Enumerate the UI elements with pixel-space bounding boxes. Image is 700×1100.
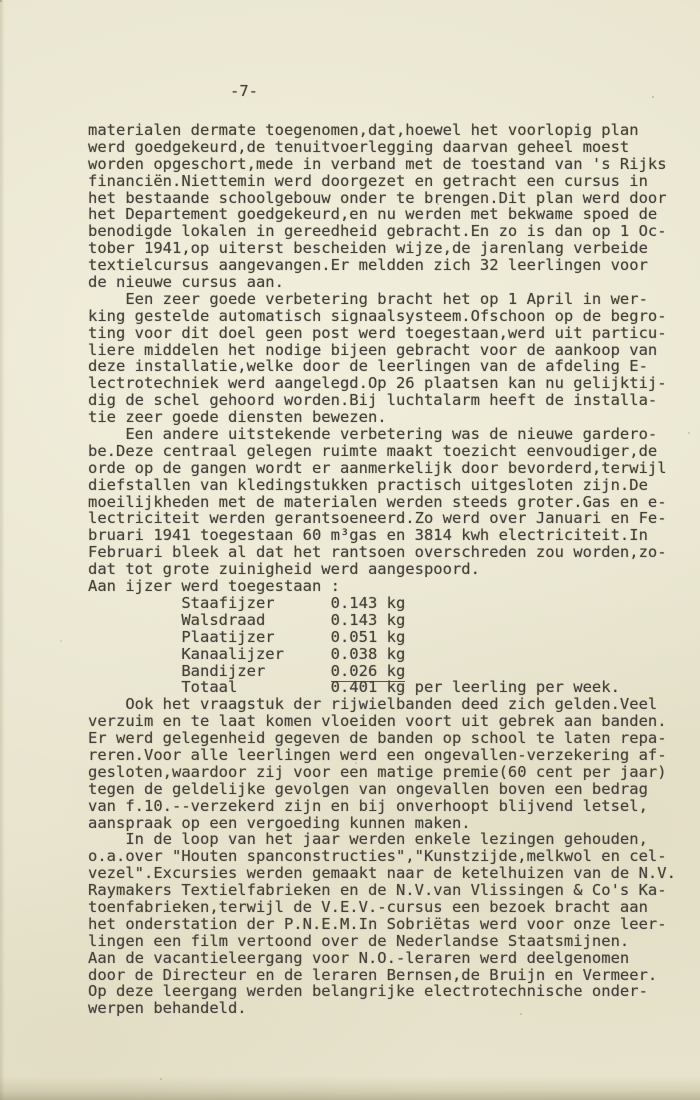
text-line: lingen een film vertoond over de Nederla… xyxy=(88,933,676,950)
text-line: worden opgeschort,mede in verband met de… xyxy=(88,156,676,173)
text-line: verzuim en te laat komen vloeiden voort … xyxy=(88,713,676,730)
text-line: reren.Voor alle leerlingen werd een onge… xyxy=(88,747,676,764)
text-line: aanspraak op een vergoeding kunnen maken… xyxy=(88,815,676,832)
text-line: Totaal 0.401 kg per leerling per week. xyxy=(88,679,676,696)
scanned-page: -7- materialen dermate toegenomen,dat,ho… xyxy=(0,0,700,1100)
text-line: deze installatie,welke door de leerlinge… xyxy=(88,358,676,375)
text-line: financiën.Niettemin werd doorgezet en ge… xyxy=(88,173,676,190)
text-line: Er werd gelegenheid gegeven de banden op… xyxy=(88,730,676,747)
text-line: gesloten,waardoor zij voor een matige pr… xyxy=(88,764,676,781)
text-line: king gestelde automatisch signaalsysteem… xyxy=(88,308,676,325)
paper-speck-noise xyxy=(0,0,2,2)
text-line: materialen dermate toegenomen,dat,hoewel… xyxy=(88,122,676,139)
text-line: Kanaalijzer 0.038 kg xyxy=(88,646,676,663)
text-line: tober 1941,op uiterst bescheiden wijze,d… xyxy=(88,240,676,257)
text-line: dig de schel gehoord worden.Bij luchtala… xyxy=(88,392,676,409)
text-line: Een andere uitstekende verbetering was d… xyxy=(88,426,676,443)
text-line: benodigde lokalen in gereedheid gebracht… xyxy=(88,223,676,240)
text-line: Raymakers Textielfabrieken en de N.V.van… xyxy=(88,882,676,899)
text-line: ting voor dit doel geen post werd toeges… xyxy=(88,325,676,342)
page-number: -7- xyxy=(230,82,258,100)
text-line: Bandijzer 0.026 kg xyxy=(88,663,676,680)
text-line: Ook het vraagstuk der rijwielbanden deed… xyxy=(88,696,676,713)
text-line: o.a.over "Houten spanconstructies","Kuns… xyxy=(88,848,676,865)
text-line: textielcursus aangevangen.Er meldden zic… xyxy=(88,257,676,274)
text-line: Op deze leergang werden belangrijke elec… xyxy=(88,983,676,1000)
text-line: In de loop van het jaar werden enkele le… xyxy=(88,831,676,848)
text-line: het onderstation der P.N.E.M.In Sobriëta… xyxy=(88,916,676,933)
text-line: het Departement goedgekeurd,en nu werden… xyxy=(88,206,676,223)
text-line: toenfabrieken,terwijl de V.E.V.-cursus e… xyxy=(88,899,676,916)
text-line: dat tot grote zuinigheid werd aangespoor… xyxy=(88,561,676,578)
text-line: Aan de vacantieleergang voor N.O.-lerare… xyxy=(88,950,676,967)
text-line: vezel".Excursies werden gemaakt naar de … xyxy=(88,865,676,882)
text-line: Staafijzer 0.143 kg xyxy=(88,595,676,612)
text-line: liere middelen het nodige bijeen gebrach… xyxy=(88,342,676,359)
text-line: Februari bleek al dat het rantsoen overs… xyxy=(88,544,676,561)
text-line: tie zeer goede diensten bewezen. xyxy=(88,409,676,426)
text-line: door de Directeur en de leraren Bernsen,… xyxy=(88,967,676,984)
text-line: Een zeer goede verbetering bracht het op… xyxy=(88,291,676,308)
text-line: diefstallen van kledingstukken practisch… xyxy=(88,477,676,494)
text-line: werpen behandeld. xyxy=(88,1000,676,1017)
text-line: bruari 1941 toegestaan 60 m³gas en 3814 … xyxy=(88,527,676,544)
text-line: lectriciteit werden gerantsoeneerd.Zo we… xyxy=(88,510,676,527)
text-line: Plaatijzer 0.051 kg xyxy=(88,629,676,646)
text-line: moeilijkheden met de materialen werden s… xyxy=(88,494,676,511)
text-line: orde op de gangen wordt er aanmerkelijk … xyxy=(88,460,676,477)
document-lines: materialen dermate toegenomen,dat,hoewel… xyxy=(88,122,676,1017)
text-line: tegen de geldelijke gevolgen van ongeval… xyxy=(88,781,676,798)
text-line: Walsdraad 0.143 kg xyxy=(88,612,676,629)
text-line: lectrotechniek werd aangelegd.Op 26 plaa… xyxy=(88,375,676,392)
text-line: Aan ijzer werd toegestaan : xyxy=(88,578,676,595)
text-line: werd goedgekeurd,de tenuitvoerlegging da… xyxy=(88,139,676,156)
text-line: het bestaande schoolgebouw onder te bren… xyxy=(88,190,676,207)
text-line: van f.10.--verzekerd zijn en bij onverho… xyxy=(88,798,676,815)
text-line: de nieuwe cursus aan. xyxy=(88,274,676,291)
text-line: be.Deze centraal gelegen ruimte maakt to… xyxy=(88,443,676,460)
